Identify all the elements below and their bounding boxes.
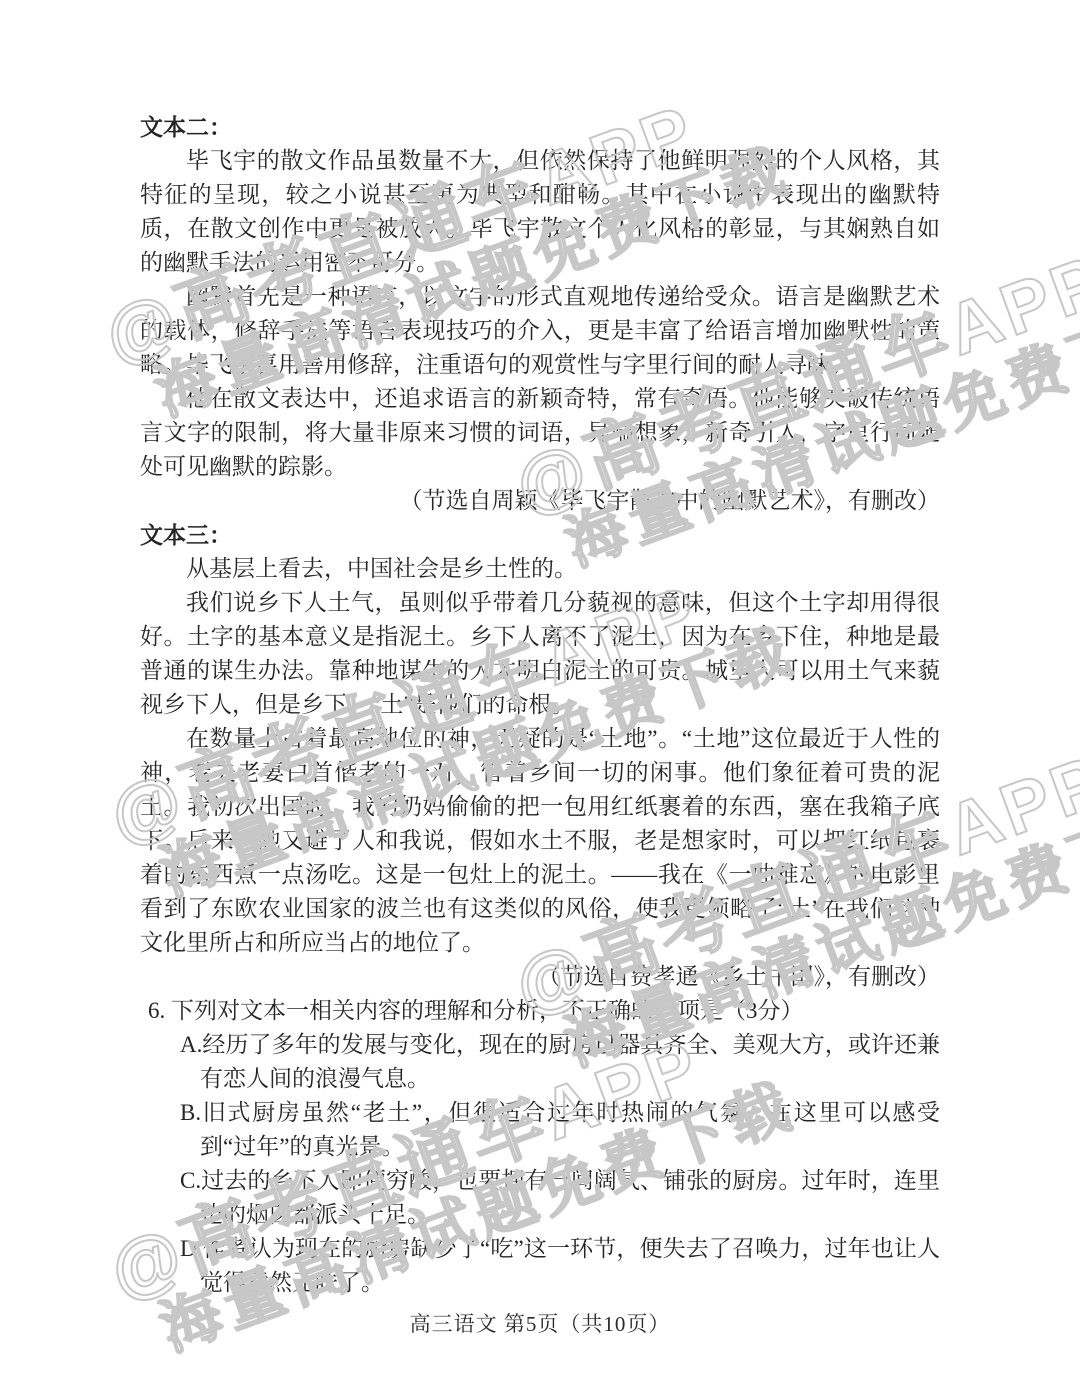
- passage-paragraph: 我们说乡下人土气，虽则似乎带着几分藐视的意味，但这个土字却用得很好。土字的基本意…: [140, 586, 940, 722]
- passage-paragraph: 从基层上看去，中国社会是乡土性的。: [140, 552, 940, 586]
- exam-content: 文本二： 毕飞宇的散文作品虽数量不大，但依然保持了他鲜明强烈的个人风格，其特征的…: [140, 110, 940, 1300]
- section-2-heading: 文本二：: [140, 110, 940, 144]
- exam-page: @高考直通车APP 海量高清试题免费下载 @高考直通车APP 海量高清试题免费下…: [0, 0, 1080, 1397]
- passage-paragraph: 在数量上占着最高地位的神，无疑的是“土地”。“土地”这位最近于人性的神，老夫老妻…: [140, 722, 940, 960]
- option-d: D.作者认为现在的厨房缺少了“吃”这一环节，便失去了召唤力，过年也让人觉得索然无…: [140, 1232, 940, 1300]
- option-d-text: 作者认为现在的厨房缺少了“吃”这一环节，便失去了召唤力，过年也让人觉得索然无味了…: [200, 1236, 940, 1295]
- option-a-label: A.: [180, 1032, 202, 1057]
- page-footer: 高三语文 第5页（共10页）: [0, 1308, 1080, 1338]
- option-b-label: B.: [180, 1100, 201, 1125]
- section-3-heading: 文本三：: [140, 518, 940, 552]
- passage-paragraph: 毕飞宇的散文作品虽数量不大，但依然保持了他鲜明强烈的个人风格，其特征的呈现，较之…: [140, 144, 940, 280]
- passage-paragraph: 幽默首先是一种语言，以文字的形式直观地传递给受众。语言是幽默艺术的载体，修辞手法…: [140, 280, 940, 382]
- question-stem: 6. 下列对文本一相关内容的理解和分析，不正确的一项是（3分）: [140, 994, 940, 1028]
- option-b: B.旧式厨房虽然“老土”，但很适合过年时热闹的气氛，在这里可以感受到“过年”的真…: [140, 1096, 940, 1164]
- source-attribution: （节选自费孝通《乡土中国》，有删改）: [140, 960, 940, 994]
- source-attribution: （节选自周颖《毕飞宇散文中的幽默艺术》，有删改）: [140, 484, 940, 518]
- option-b-text: 旧式厨房虽然“老土”，但很适合过年时热闹的气氛，在这里可以感受到“过年”的真光景…: [200, 1100, 940, 1159]
- passage-paragraph: 他在散文表达中，还追求语言的新颖奇特，常有奇语。他能够突破传统语言文字的限制，将…: [140, 382, 940, 484]
- option-c: C.过去的乡下人即便穷酸，也要拥有一间阔气、铺张的厨房。过年时，连里边的烟囱都派…: [140, 1164, 940, 1232]
- option-c-label: C.: [180, 1168, 201, 1193]
- question-stem-text: 下列对文本一相关内容的理解和分析，不正确的一项是（3分）: [171, 998, 804, 1023]
- question-6: 6. 下列对文本一相关内容的理解和分析，不正确的一项是（3分） A.经历了多年的…: [140, 994, 940, 1300]
- option-a: A.经历了多年的发展与变化，现在的厨房已器具齐全、美观大方，或许还兼有恋人间的浪…: [140, 1028, 940, 1096]
- option-d-label: D.: [180, 1236, 202, 1261]
- question-number: 6.: [148, 998, 165, 1023]
- option-c-text: 过去的乡下人即便穷酸，也要拥有一间阔气、铺张的厨房。过年时，连里边的烟囱都派头十…: [200, 1168, 940, 1227]
- option-a-text: 经历了多年的发展与变化，现在的厨房已器具齐全、美观大方，或许还兼有恋人间的浪漫气…: [200, 1032, 940, 1091]
